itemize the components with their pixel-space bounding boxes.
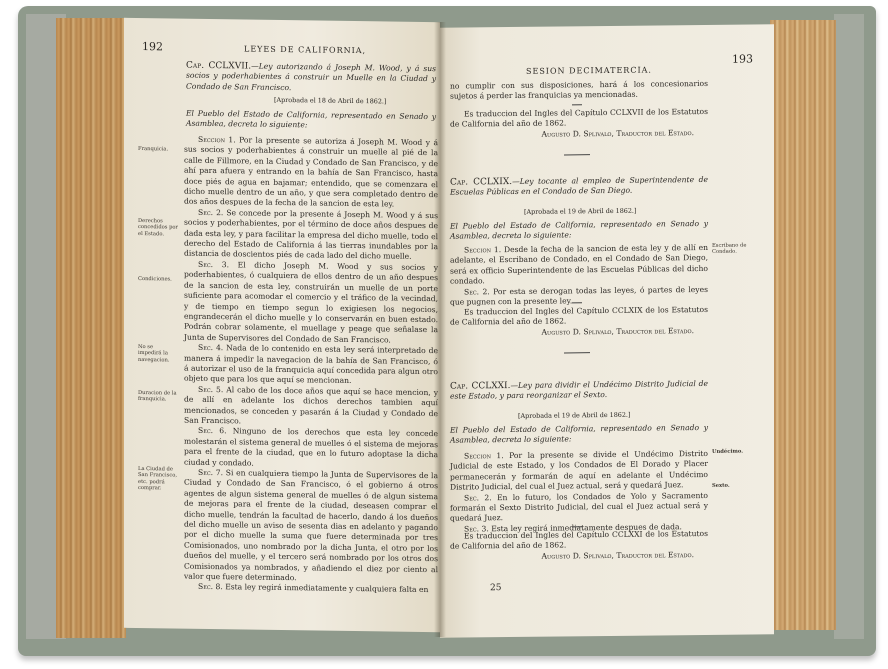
approved-date: [Aprobada el 18 de Abril de 1862.] [274,95,386,107]
approved-date: [Aprobada el 19 de Abril de 1862.] [524,206,636,218]
section: Sec. 5. Al cabo de los doce años que aqu… [184,384,438,429]
approved-date: [Aprobada el 19 de Abril de 1862.] [518,410,630,422]
chapter-heading: Cap. CCLXXI.—Ley para dividir el Undécim… [450,379,708,403]
section: Sec. 6. Ninguno de los derechos que esta… [184,426,438,471]
signature-mark: 25 [490,583,501,593]
margin-note: Condiciones. [138,276,178,283]
margin-note: Sexto. [712,482,752,489]
page-number: 193 [732,52,753,65]
continuation-text: no cumplir con sus disposiciones, hará á… [450,79,708,103]
section: Sec. 3. El dicho Joseph M. Wood y sus so… [184,260,438,347]
left-page: 192 LEYES DE CALIFORNIA, Cap. CCLXVII.—L… [124,18,440,632]
margin-note: Escribano de Condado. [712,242,752,255]
cover-board-right [834,14,864,639]
page-edges-left [56,18,126,638]
running-head: SESION DECIMATERCIA. [526,66,652,76]
section-divider [564,352,590,353]
divider [572,104,582,105]
divider [572,526,582,527]
right-page: SESION DECIMATERCIA. 193 no cumplir con … [440,24,774,637]
margin-note: Derechos concedidos por el Estado. [138,218,178,238]
section: Seccion 1. Por la presente se autoriza á… [184,135,438,211]
enacting-clause: El Pueblo del Estado de California, repr… [450,219,708,243]
section: Sec. 7. Si en cualquiera tiempo la Junta… [184,468,438,586]
sections-list: Seccion 1. Por la presente se autoriza á… [184,135,438,596]
section-divider [564,154,590,155]
chapter-label: Cap. CCLXVII. [186,61,251,72]
section: Sec. 2. En lo futuro, los Condados de Yo… [450,491,708,525]
divider [572,302,582,303]
enacting-clause: El Pueblo del Estado de California, repr… [186,109,436,133]
page-number: 192 [142,40,163,53]
enacting-clause: El Pueblo del Estado de California, repr… [450,423,708,447]
section: Sec. 8. Esta ley regirá inmediatamente y… [184,582,438,596]
page-edges-right [770,20,836,630]
margin-note: No se impedirá la navegacion. [138,344,178,364]
margin-note: Duracion de la franquicia. [138,390,178,403]
chapter-heading: Cap. CCLXIX.—Ley tocante al empleo de Su… [450,175,708,199]
section: Sec. 2. Se concede por la presente á Jos… [184,207,438,263]
sections-list: Seccion 1. Por la presente se divide el … [450,449,708,535]
running-head: LEYES DE CALIFORNIA, [244,44,366,55]
chapter-heading: Cap. CCLXVII.—Ley autorizando á Joseph M… [186,61,436,96]
section: Sec. 4. Nada de lo contenido en esta ley… [184,343,438,388]
sections-list: Seccion 1. Desde la fecha de la sancion … [450,243,708,308]
section: Seccion 1. Por la presente se divide el … [450,449,708,493]
margin-note: Undécimo. [712,448,752,455]
translation-note: Es traduccion del Ingles del Capítulo CC… [450,107,708,141]
section: Seccion 1. Desde la fecha de la sancion … [450,243,708,287]
margin-note: Franquicia. [138,146,178,153]
book-gutter [434,22,446,637]
margin-note: La Ciudad de San Francisco, etc. podrá c… [138,466,178,492]
translation-note: Es traduccion del Ingles del Capítulo CC… [450,529,708,563]
translation-note: Es traduccion del Ingles del Capítulo CC… [450,305,708,339]
